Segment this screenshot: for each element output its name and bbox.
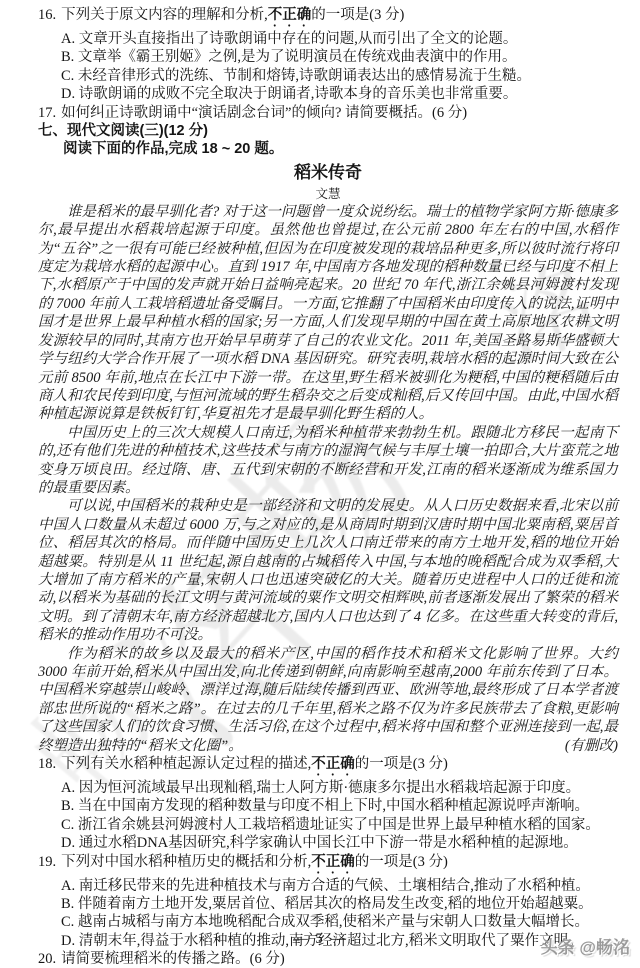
question-16-stem-pre: 下列关于原文内容的理解和分析, [61,7,268,23]
section-heading: 七、现代文阅读(三)(12 分) [38,122,618,140]
question-18-stem-pre: 下列有关水稻种植起源认定过程的描述, [61,756,311,772]
question-19-stem-pre: 下列对中国水稻种植历史的概括和分析, [61,854,311,870]
question-16-option-a: A. 文章开头直接指出了诗歌朗诵中存在的问题,从而引出了全文的论题。 [61,30,618,48]
toutiao-watermark: 头条 @畅洺 [541,933,630,958]
question-19-option-a: A. 南迁移民带来的先进种植技术与南方合适的气候、土壤相结合,推动了水稻种植。 [61,877,618,895]
question-18-option-c: C. 浙江省余姚县河姆渡村人工栽培稻遗址证实了中国是世界上最早种植水稻的国家。 [61,816,618,834]
article-paragraph-4: 作为稻米的故乡以及最大的稻米产区,中国的稻作技术和稻米文化影响了世界。大约 30… [38,645,618,755]
question-16-options: A. 文章开头直接指出了诗歌朗诵中存在的问题,从而引出了全文的论题。 B. 文章… [38,30,618,104]
question-18-stem: 18.下列有关水稻种植起源认定过程的描述,不正确的一项是(3 分) [38,755,618,779]
question-16-number: 16. [38,7,56,23]
question-17-text: 如何纠正诗歌朗诵中“演话剧念台词”的倾向? 请简要概括。(6 分) [61,105,467,121]
question-16-option-c: C. 未经音律形式的洗练、节制和熔铸,诗歌朗诵表达出的感情易流于生糙。 [61,67,618,85]
question-20-number: 20. [38,951,56,967]
question-16-stem-post: 的一项是(3 分) [311,7,404,23]
question-18-number: 18. [38,756,56,772]
section-instruction: 阅读下面的作品,完成 18 ~ 20 题。 [38,140,618,158]
question-17: 17.如何纠正诗歌朗诵中“演话剧念台词”的倾向? 请简要概括。(6 分) [38,104,618,122]
question-19-emphasis: 不正确 [311,854,355,870]
article: 稻米传奇 文慧 谁是稻米的最早驯化者? 对于这一问题曾一度众说纷纭。瑞士的植物学… [38,161,618,755]
article-title: 稻米传奇 [38,161,618,185]
question-18-options: A. 因为恒河流域最早出现籼稻,瑞士人阿方斯·德康多尔提出水稻栽培起源于印度。 … [38,779,618,853]
question-18-option-b: B. 当在中国南方发现的稻种数量与印度不相上下时,中国水稻种植起源说呼声渐响。 [61,797,618,815]
page-content: 16.下列关于原文内容的理解和分析,不正确的一项是(3 分) A. 文章开头直接… [38,6,618,968]
question-17-number: 17. [38,105,56,121]
question-20: 20.请简要梳理稻米的传播之路。(6 分) [38,950,618,968]
question-20-text: 请简要梳理稻米的传播之路。(6 分) [61,951,285,967]
article-paragraph-2: 中国历史上的三次大规模人口南迁,为稻米种植带来勃勃生机。跟随北方移民一起南下的,… [38,424,618,498]
question-18: 18.下列有关水稻种植起源认定过程的描述,不正确的一项是(3 分) A. 因为恒… [38,755,618,853]
question-16-emphasis: 不正确 [268,7,312,23]
question-18-stem-post: 的一项是(3 分) [355,756,448,772]
article-paragraph-4-text: 作为稻米的故乡以及最大的稻米产区,中国的稻作技术和稻米文化影响了世界。大约 30… [38,646,618,754]
article-paragraph-3: 可以说,中国稻米的栽种史是一部经济和文明的发展史。从人口历史数据来看,北宋以前中… [38,497,618,644]
question-19-stem: 19.下列对中国水稻种植历史的概括和分析,不正确的一项是(3 分) [38,853,618,877]
question-16-stem: 16.下列关于原文内容的理解和分析,不正确的一项是(3 分) [38,6,618,30]
article-author: 文慧 [38,185,618,203]
question-16-option-d: D. 诗歌朗诵的成败不完全取决于朗诵者,诗歌本身的音乐美也非常重要。 [61,85,618,103]
article-edit-note: (有删改) [536,737,618,755]
question-16: 16.下列关于原文内容的理解和分析,不正确的一项是(3 分) A. 文章开头直接… [38,6,618,104]
question-19-stem-post: 的一项是(3 分) [355,854,448,870]
article-paragraph-1: 谁是稻米的最早驯化者? 对于这一问题曾一度众说纷纭。瑞士的植物学家阿方斯·德康多… [38,203,618,424]
question-19-number: 19. [38,854,56,870]
question-18-option-a: A. 因为恒河流域最早出现籼稻,瑞士人阿方斯·德康多尔提出水稻栽培起源于印度。 [61,779,618,797]
exam-paper-page: 洺 畅 洺 畅 16.下列关于原文内容的理解和分析,不正确的一项是(3 分) A… [0,0,640,968]
question-18-emphasis: 不正确 [311,756,355,772]
question-19-option-c: C. 越南占城稻与南方本地晚稻配合成双季稻,使稻米产量与宋朝人口数量大幅增长。 [61,913,618,931]
question-16-option-b: B. 文章举《霸王别姬》之例,是为了说明演员在传统戏曲表演中的作用。 [61,48,618,66]
question-18-option-d: D. 通过水稻DNA基因研究,科学家确认中国长江中下游一带是水稻种植的起源地。 [61,834,618,852]
question-19-option-b: B. 伴随着南方土地开发,粟居首位、稻居其次的格局发生改变,稻的地位开始超越粟。 [61,895,618,913]
